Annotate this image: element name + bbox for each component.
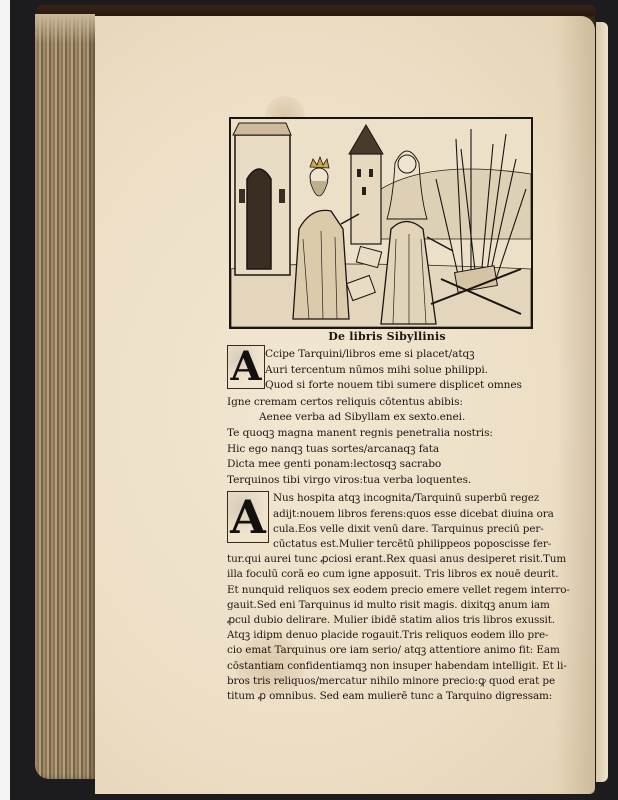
section-heading: De libris Sibyllinis bbox=[227, 330, 547, 343]
verse-line: Terquinos tibi virgo viros:tua verba loq… bbox=[227, 473, 547, 489]
text-block: De libris Sibyllinis A Ccipe Tarquini/li… bbox=[227, 330, 547, 704]
verse-line: Hic ego nanqꝫ tuas sortes/arcanaqꝫ fata bbox=[227, 442, 547, 458]
prose-line: Nus hospita atqꝫ incognita/Tarquinū supe… bbox=[227, 491, 547, 506]
decorated-initial: A bbox=[227, 491, 269, 543]
verse-line: Dicta mee genti ponam:lectosqꝫ sacrabo bbox=[227, 457, 547, 473]
verse-line: Ccipe Tarquini/libros eme si placet/atqꝫ bbox=[265, 347, 547, 363]
verse-line: Quod si forte nouem tibi sumere displice… bbox=[265, 378, 547, 394]
verse-line: Te quoqꝫ magna manent regnis penetralia … bbox=[227, 426, 547, 442]
page-gutter-shadow bbox=[555, 16, 595, 794]
open-book: De libris Sibyllinis A Ccipe Tarquini/li… bbox=[0, 0, 618, 800]
prose-line: adijt:nouem libros ferens:quos esse dice… bbox=[227, 507, 547, 522]
verse-line: Auri tercentum nūmos mihi solue philippi… bbox=[265, 363, 547, 379]
decorated-initial: A bbox=[227, 345, 265, 389]
prose-line: ꝓcul dubio delirare. Mulier ibidē statim… bbox=[227, 613, 547, 628]
facing-leaf-edge bbox=[596, 22, 608, 782]
prose-line: illa foculū corā eo cum igne apposuit. T… bbox=[227, 567, 547, 582]
prose-line: tur.qui aurei tunc ꝓciosi erant.Rex quas… bbox=[227, 552, 547, 567]
prose-line: cula.Eos velle dixit venū dare. Tarquinu… bbox=[227, 522, 547, 537]
page-stack-fore-edge bbox=[35, 14, 95, 779]
woodcut-illustration bbox=[229, 117, 533, 329]
verse-with-initial: A Ccipe Tarquini/libros eme si placet/at… bbox=[227, 347, 547, 394]
prose-line: bros tris reliquos/mercatur nihilo minor… bbox=[227, 674, 547, 689]
prose-line: cōstantiam confidentiamqꝫ non insuper ha… bbox=[227, 659, 547, 674]
woodcut-tarquinius-sibyl-icon bbox=[231, 119, 531, 327]
prose-line: titum ꝓ omnibus. Sed eam mulierē tunc a … bbox=[227, 689, 547, 704]
prose-line: gauit.Sed eni Tarquinus id multo risit m… bbox=[227, 598, 547, 613]
prose-line: Et nunquid reliquos sex eodem precio eme… bbox=[227, 583, 547, 598]
verse-subheading: Aenee verba ad Sibyllam ex sexto.enei. bbox=[227, 410, 547, 426]
prose-line: cūctatus est.Mulier tercētū philippeos p… bbox=[227, 537, 547, 552]
prose-line: cio emat Tarquinus ore iam serio/ atqꝫ a… bbox=[227, 643, 547, 658]
verse-line: Igne cremam certos reliquis cōtentus abi… bbox=[227, 395, 547, 411]
prose-paragraph: A Nus hospita atqꝫ incognita/Tarquinū su… bbox=[227, 491, 547, 704]
verse-lines: Igne cremam certos reliquis cōtentus abi… bbox=[227, 395, 547, 489]
prose-line: Atqꝫ idipm denuo placide rogauit.Tris re… bbox=[227, 628, 547, 643]
